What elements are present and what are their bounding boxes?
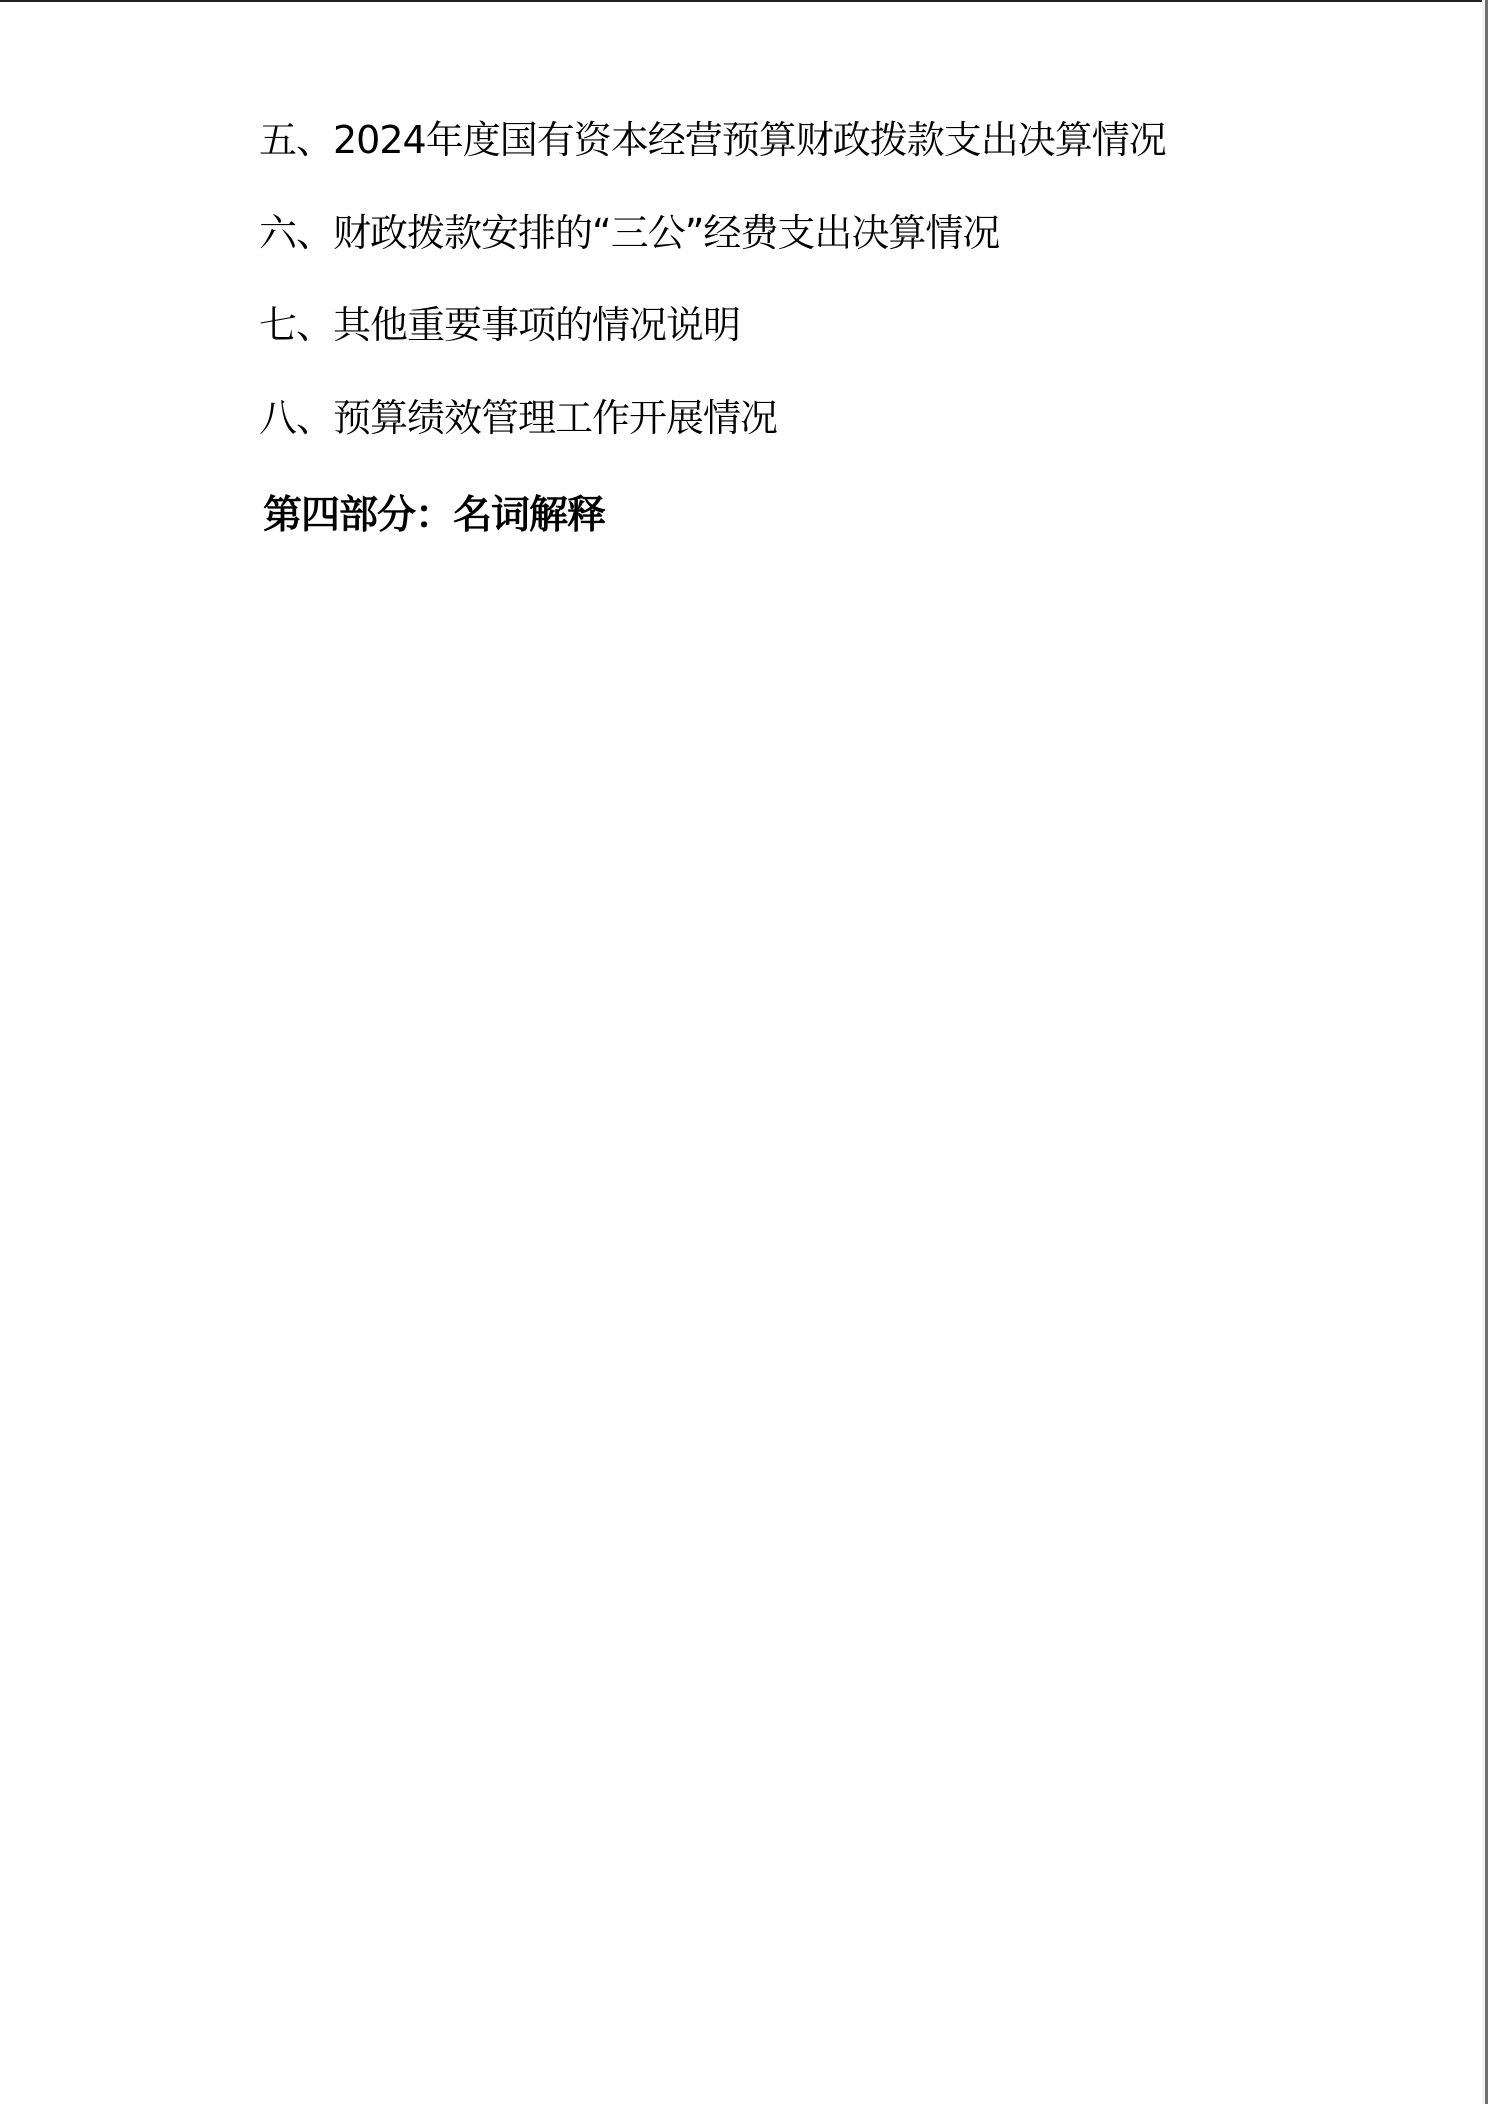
document-page: 五、2024年度国有资本经营预算财政拨款支出决算情况 六、财政拨款安排的“三公”… <box>0 0 1482 2104</box>
toc-item-other-important-matters: 七、其他重要事项的情况说明 <box>259 302 740 348</box>
toc-item-state-capital-budget: 五、2024年度国有资本经营预算财政拨款支出决算情况 <box>259 117 1166 163</box>
toc-item-budget-performance: 八、预算绩效管理工作开展情况 <box>259 395 777 441</box>
toc-item-three-public-expenses: 六、财政拨款安排的“三公”经费支出决算情况 <box>259 210 999 256</box>
section-heading-glossary: 第四部分：名词解释 <box>263 493 605 539</box>
